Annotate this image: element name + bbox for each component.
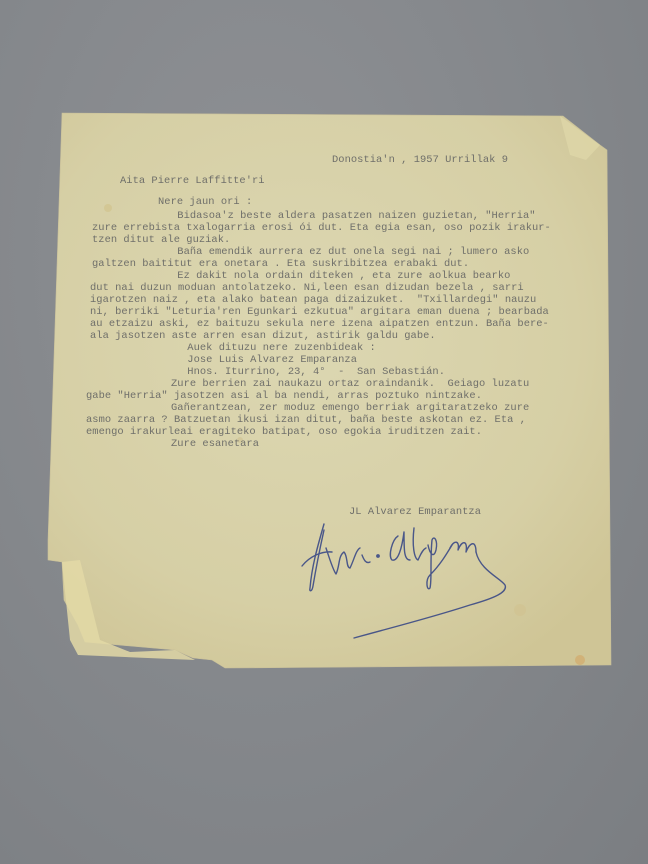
handwritten-signature bbox=[0, 0, 648, 864]
